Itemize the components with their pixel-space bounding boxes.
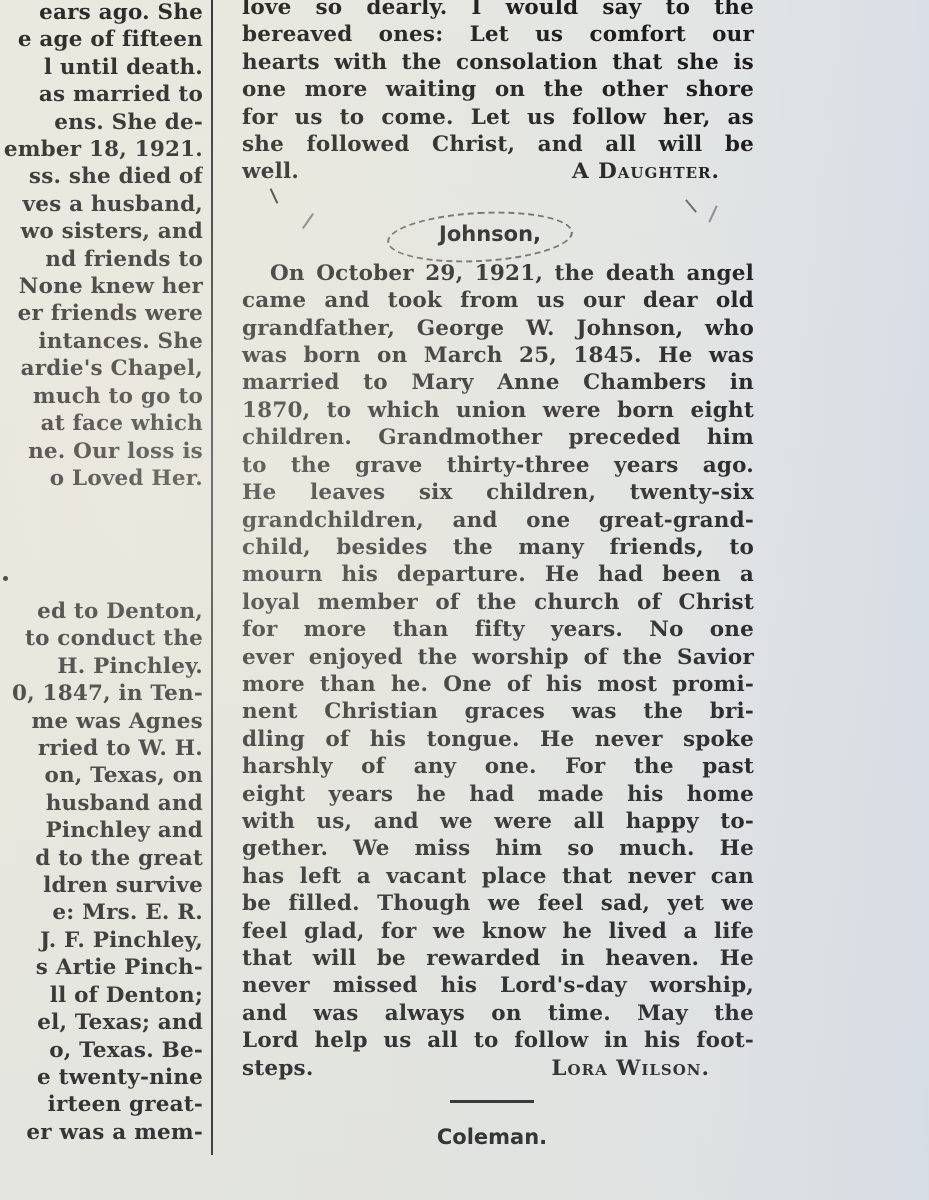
- text-line: None knew her: [0, 273, 203, 300]
- text-line: intances. She: [0, 328, 203, 355]
- section-rule: [450, 1100, 534, 1103]
- column-divider-rule: [211, 0, 213, 1155]
- text-line: with us, and we were all happy to-: [242, 808, 754, 835]
- text-line: nent Christian graces was the bri-: [242, 698, 754, 725]
- text-line: mourn his departure. He had been a: [242, 561, 754, 588]
- text-line: hearts with the consolation that she is: [242, 49, 754, 76]
- text-line: steps.Lora Wilson.: [242, 1055, 754, 1082]
- previous-article-signature: A Daughter.: [572, 158, 720, 185]
- text-line: Lord help us all to follow in his foot-: [242, 1027, 754, 1054]
- text-line: feel glad, for we know he lived a life: [242, 918, 754, 945]
- text-line: harshly of any one. For the past: [242, 753, 754, 780]
- text-line: ed to Denton,: [0, 598, 203, 625]
- text-line: one more waiting on the other shore: [242, 76, 754, 103]
- text-line: el, Texas; and: [0, 1009, 203, 1036]
- text-line: l until death.: [0, 54, 203, 81]
- text-line: ldren survive: [0, 872, 203, 899]
- text-line: o, Texas. Be-: [0, 1037, 203, 1064]
- text-line: and was always on time. May the: [242, 1000, 754, 1027]
- text-line: o Loved Her.: [0, 465, 203, 492]
- text-line: grandchildren, and one great-grand-: [242, 507, 754, 534]
- text-line: eight years he had made his home: [242, 781, 754, 808]
- text-line: ss. she died of: [0, 163, 203, 190]
- text-line: has left a vacant place that never can: [242, 863, 754, 890]
- text-line: for more than fifty years. No one: [242, 616, 754, 643]
- text-line: never missed his Lord's-day worship,: [242, 972, 754, 999]
- text-line: at face which: [0, 410, 203, 437]
- text-line: e twenty-nine: [0, 1064, 203, 1091]
- text-line: e: Mrs. E. R.: [0, 899, 203, 926]
- obituary-heading: Johnson,: [242, 210, 754, 250]
- text-line: J. F. Pinchley,: [0, 927, 203, 954]
- text-line: nd friends to: [0, 246, 203, 273]
- text-line: be filled. Though we feel sad, yet we: [242, 890, 754, 917]
- text-line: for us to come. Let us follow her, as: [242, 104, 754, 131]
- text-line: ll of Denton;: [0, 982, 203, 1009]
- text-line: e age of fifteen: [0, 26, 203, 53]
- text-line: grandfather, George W. Johnson, who: [242, 315, 754, 342]
- text-line: bereaved ones: Let us comfort our: [242, 21, 754, 48]
- text-line: ves a husband,: [0, 191, 203, 218]
- text-line: that will be rewarded in heaven. He: [242, 945, 754, 972]
- text-line: dling of his tongue. He never spoke: [242, 726, 754, 753]
- left-column-bottom-text: ed to Denton,to conduct theH. Pinchley.0…: [0, 598, 203, 1146]
- text-line: was born on March 25, 1845. He was: [242, 342, 754, 369]
- text-line: loyal member of the church of Christ: [242, 589, 754, 616]
- text-line: 0, 1847, in Ten-: [0, 680, 203, 707]
- text-line: well.A Daughter.: [242, 158, 754, 185]
- text-line: to conduct the: [0, 625, 203, 652]
- text-line: He leaves six children, twenty-six: [242, 479, 754, 506]
- text-line: er was a mem-: [0, 1119, 203, 1146]
- text-line: children. Grandmother preceded him: [242, 424, 754, 451]
- text-line: ears ago. She: [0, 0, 203, 26]
- text-line: irteen great-: [0, 1091, 203, 1118]
- left-column-top-text: ears ago. Shee age of fifteenl until dea…: [0, 0, 203, 492]
- text-line: me was Agnes: [0, 708, 203, 735]
- text-line: er friends were: [0, 300, 203, 327]
- text-line: much to go to: [0, 383, 203, 410]
- text-line: gether. We miss him so much. He: [242, 835, 754, 862]
- text-line: 1870, to which union were born eight: [242, 397, 754, 424]
- text-line: husband and: [0, 790, 203, 817]
- text-line: married to Mary Anne Chambers in: [242, 369, 754, 396]
- obituary-signature: Lora Wilson.: [551, 1055, 710, 1082]
- newspaper-page: ears ago. Shee age of fifteenl until dea…: [0, 0, 929, 1200]
- text-line: ne. Our loss is: [0, 438, 203, 465]
- previous-article-text: love so dearly. I would say to thebereav…: [242, 0, 754, 186]
- text-line: Pinchley and: [0, 817, 203, 844]
- text-line: wo sisters, and: [0, 218, 203, 245]
- text-line: ember 18, 1921.: [0, 136, 203, 163]
- section-dot: [3, 576, 8, 581]
- text-line: to the grave thirty-three years ago.: [242, 452, 754, 479]
- text-line: on, Texas, on: [0, 762, 203, 789]
- text-line: ever enjoyed the worship of the Savior: [242, 644, 754, 671]
- text-line: On October 29, 1921, the death angel: [242, 260, 754, 287]
- text-line: child, besides the many friends, to: [242, 534, 754, 561]
- text-line: more than he. One of his most promi-: [242, 671, 754, 698]
- obituary-heading-label: Johnson,: [439, 222, 541, 246]
- text-line: she followed Christ, and all will be: [242, 131, 754, 158]
- text-line: rried to W. H.: [0, 735, 203, 762]
- text-line: ens. She de-: [0, 109, 203, 136]
- text-line: ardie's Chapel,: [0, 355, 203, 382]
- next-article-heading: Coleman.: [236, 1125, 748, 1149]
- text-line: H. Pinchley.: [0, 653, 203, 680]
- text-line: came and took from us our dear old: [242, 287, 754, 314]
- text-line: love so dearly. I would say to the: [242, 0, 754, 21]
- text-line: as married to: [0, 81, 203, 108]
- text-line: s Artie Pinch-: [0, 954, 203, 981]
- obituary-body: On October 29, 1921, the death angelcame…: [242, 260, 754, 1082]
- main-column: love so dearly. I would say to thebereav…: [242, 0, 754, 1149]
- left-column: ears ago. Shee age of fifteenl until dea…: [0, 0, 203, 1200]
- text-line: d to the great: [0, 845, 203, 872]
